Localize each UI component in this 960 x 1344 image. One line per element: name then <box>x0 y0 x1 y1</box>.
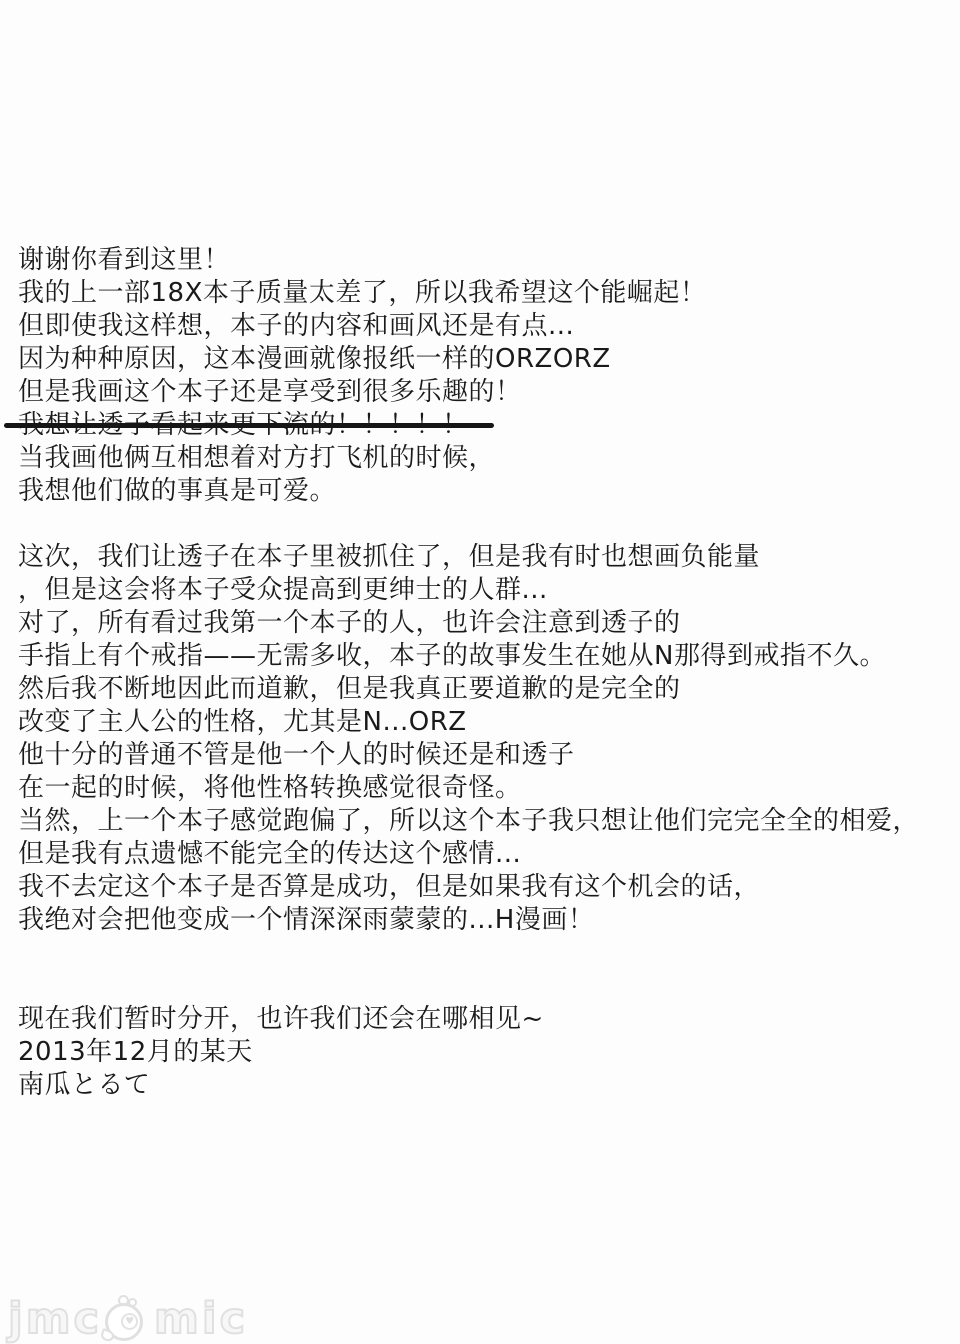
text-line: 现在我们暂时分开，也许我们还会在哪相见~ <box>18 1003 953 1036</box>
text-line: 谢谢你看到这里！ <box>18 244 953 277</box>
jmcomic-watermark: jmc ♥ mic <box>8 1294 248 1344</box>
text-line: 对了，所有看过我第一个本子的人，也许会注意到透子的 <box>18 607 953 640</box>
date-line: 2013年12月的某天 <box>18 1036 953 1069</box>
text-line-content: 现在我们暂时分开，也许我们还会在哪相见~ <box>18 1004 544 1034</box>
text-line-content: 2013年12月的某天 <box>18 1037 253 1067</box>
text-line-content: 我想他们做的事真是可爱。 <box>18 476 336 506</box>
text-line-content: 他十分的普通不管是他一个人的时候还是和透子 <box>18 740 575 770</box>
text-line-struck: 我想让透子看起来更下流的！！！！！ <box>18 409 953 442</box>
text-line-content: 这次，我们让透子在本子里被抓住了，但是我有时也想画负能量 <box>18 542 760 572</box>
text-line-content: 我的上一部18X本子质量太差了，所以我希望这个能崛起！ <box>18 278 706 308</box>
text-line-content: 对了，所有看过我第一个本子的人，也许会注意到透子的 <box>18 608 681 638</box>
heart-icon: ♥ <box>121 1313 138 1330</box>
text-line: 但是我画这个本子还是享受到很多乐趣的！ <box>18 376 953 409</box>
text-line-content: 但是我有点遗憾不能完全的传达这个感情... <box>18 839 521 869</box>
blank-line <box>18 970 953 1003</box>
text-line: ，但是这会将本子受众提高到更绅士的人群... <box>18 574 953 607</box>
afterword-page: 谢谢你看到这里！ 我的上一部18X本子质量太差了，所以我希望这个能崛起！ 但即使… <box>0 0 960 1344</box>
text-line-content: 我不去定这个本子是否算是成功，但是如果我有这个机会的话， <box>18 872 760 902</box>
text-line: 改变了主人公的性格，尤其是N...ORZ <box>18 706 953 739</box>
jmcomic-bird-icon: ♥ <box>104 1294 152 1344</box>
text-line-content: 在一起的时候，将他性格转换感觉很奇怪。 <box>18 773 522 803</box>
watermark-text-left: jmc <box>8 1296 102 1342</box>
text-line: 这次，我们让透子在本子里被抓住了，但是我有时也想画负能量 <box>18 541 953 574</box>
afterword-text-block: 谢谢你看到这里！ 我的上一部18X本子质量太差了，所以我希望这个能崛起！ 但即使… <box>18 244 953 1102</box>
text-line: 手指上有个戒指——无需多收，本子的故事发生在她从N那得到戒指不久。 <box>18 640 953 673</box>
text-line: 但是我有点遗憾不能完全的传达这个感情... <box>18 838 953 871</box>
author-signature: 南瓜とるて <box>18 1069 953 1102</box>
watermark-text-right: mic <box>154 1296 248 1342</box>
text-line-content: 因为种种原因，这本漫画就像报纸一样的ORZORZ <box>18 344 611 374</box>
text-line-content: 但是我画这个本子还是享受到很多乐趣的！ <box>18 377 522 407</box>
strikethrough-mark <box>4 423 494 428</box>
text-line: 当我画他俩互相想着对方打飞机的时候， <box>18 442 953 475</box>
text-line-content: 然后我不断地因此而道歉，但是我真正要道歉的是完全的 <box>18 674 681 704</box>
text-line-content: 南瓜とるて <box>18 1070 150 1100</box>
text-line: 当然，上一个本子感觉跑偏了，所以这个本子我只想让他们完完全全的相爱， <box>18 805 953 838</box>
blank-line <box>18 508 953 541</box>
text-line-content: 但即使我这样想，本子的内容和画风还是有点... <box>18 311 574 341</box>
text-line: 然后我不断地因此而道歉，但是我真正要道歉的是完全的 <box>18 673 953 706</box>
text-line-content: 谢谢你看到这里！ <box>18 245 230 275</box>
text-line: 但即使我这样想，本子的内容和画风还是有点... <box>18 310 953 343</box>
text-line: 我不去定这个本子是否算是成功，但是如果我有这个机会的话， <box>18 871 953 904</box>
text-line-content: ，但是这会将本子受众提高到更绅士的人群... <box>18 575 548 605</box>
text-line: 我绝对会把他变成一个情深深雨蒙蒙的...H漫画！ <box>18 904 953 937</box>
text-line: 我的上一部18X本子质量太差了，所以我希望这个能崛起！ <box>18 277 953 310</box>
text-line: 他十分的普通不管是他一个人的时候还是和透子 <box>18 739 953 772</box>
text-line-content: 改变了主人公的性格，尤其是N...ORZ <box>18 707 467 737</box>
text-line: 在一起的时候，将他性格转换感觉很奇怪。 <box>18 772 953 805</box>
text-line-content: 当然，上一个本子感觉跑偏了，所以这个本子我只想让他们完完全全的相爱， <box>18 806 919 836</box>
text-line-content: 我绝对会把他变成一个情深深雨蒙蒙的...H漫画！ <box>18 905 594 935</box>
text-line-content: 手指上有个戒指——无需多收，本子的故事发生在她从N那得到戒指不久。 <box>18 641 886 671</box>
text-line-content: 当我画他俩互相想着对方打飞机的时候， <box>18 443 495 473</box>
text-line: 因为种种原因，这本漫画就像报纸一样的ORZORZ <box>18 343 953 376</box>
text-line: 我想他们做的事真是可爱。 <box>18 475 953 508</box>
blank-line <box>18 937 953 970</box>
